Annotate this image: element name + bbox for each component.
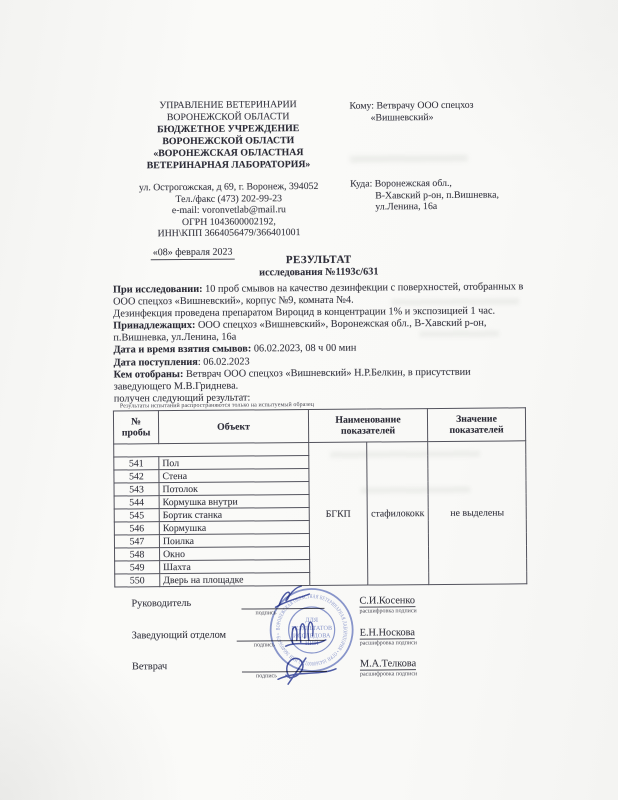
handwritten-signatures xyxy=(239,574,370,693)
recipient-to-line: «Вишневский» xyxy=(350,111,545,125)
header-object: Объект xyxy=(158,410,308,444)
signature-stroke-1 xyxy=(275,586,309,607)
recipient-where-line: ул.Ленина, 16а xyxy=(350,201,545,214)
letterhead-department: УПРАВЛЕНИЕ ВЕТЕРИНАРИИ ВОРОНЕЖСКОЙ ОБЛАС… xyxy=(115,99,341,172)
indicator-bgkp: БГКП xyxy=(309,442,368,585)
table-gap-row: БГКП стафилококк не выделены xyxy=(114,441,526,457)
header-sample-number: № пробы xyxy=(113,411,158,444)
indicator-staph: стафилококк xyxy=(367,442,429,585)
signature-stroke-2 xyxy=(286,622,326,646)
address-line: ул. Острогожская, д 69, г. Воронеж, 3940… xyxy=(116,181,341,194)
header-indicator-value: Значение показателей xyxy=(427,408,525,442)
signature-role: Заведующий отделом xyxy=(132,630,226,642)
scan-artifact xyxy=(350,155,468,163)
recipient-to-block: Кому: Ветврачу ООО спецхоз «Вишневский» xyxy=(349,99,544,125)
signature-stroke-3 xyxy=(278,658,336,684)
table-header-row: № пробы Объект Наименование показателей … xyxy=(113,408,525,444)
recipient-where-block: Куда: Воронежская обл., В-Хавский р-он, … xyxy=(350,177,545,214)
letterhead-address: ул. Острогожская, д 69, г. Воронеж, 3940… xyxy=(116,181,341,240)
document-content: УПРАВЛЕНИЕ ВЕТЕРИНАРИИ ВОРОНЕЖСКОЙ ОБЛАС… xyxy=(0,0,618,800)
signature-role: Руководитель xyxy=(131,598,191,609)
indicator-result-value: не выделены xyxy=(428,441,527,585)
address-line: ИНН\КПП 3664056479/366401001 xyxy=(116,227,341,240)
scanned-document-page: УПРАВЛЕНИЕ ВЕТЕРИНАРИИ ВОРОНЕЖСКОЙ ОБЛАС… xyxy=(0,0,618,800)
result-body: При исследовании: 10 проб смывов на каче… xyxy=(113,281,548,405)
result-subtitle: исследования №1193с/631 xyxy=(113,265,525,279)
letterhead-line: ВЕТЕРИНАРНАЯ ЛАБОРАТОРИЯ» xyxy=(116,158,341,172)
header-indicator-name: Наименование показателей xyxy=(308,409,427,443)
results-table: № пробы Объект Наименование показателей … xyxy=(113,407,527,587)
signature-role: Ветврач xyxy=(132,661,167,672)
